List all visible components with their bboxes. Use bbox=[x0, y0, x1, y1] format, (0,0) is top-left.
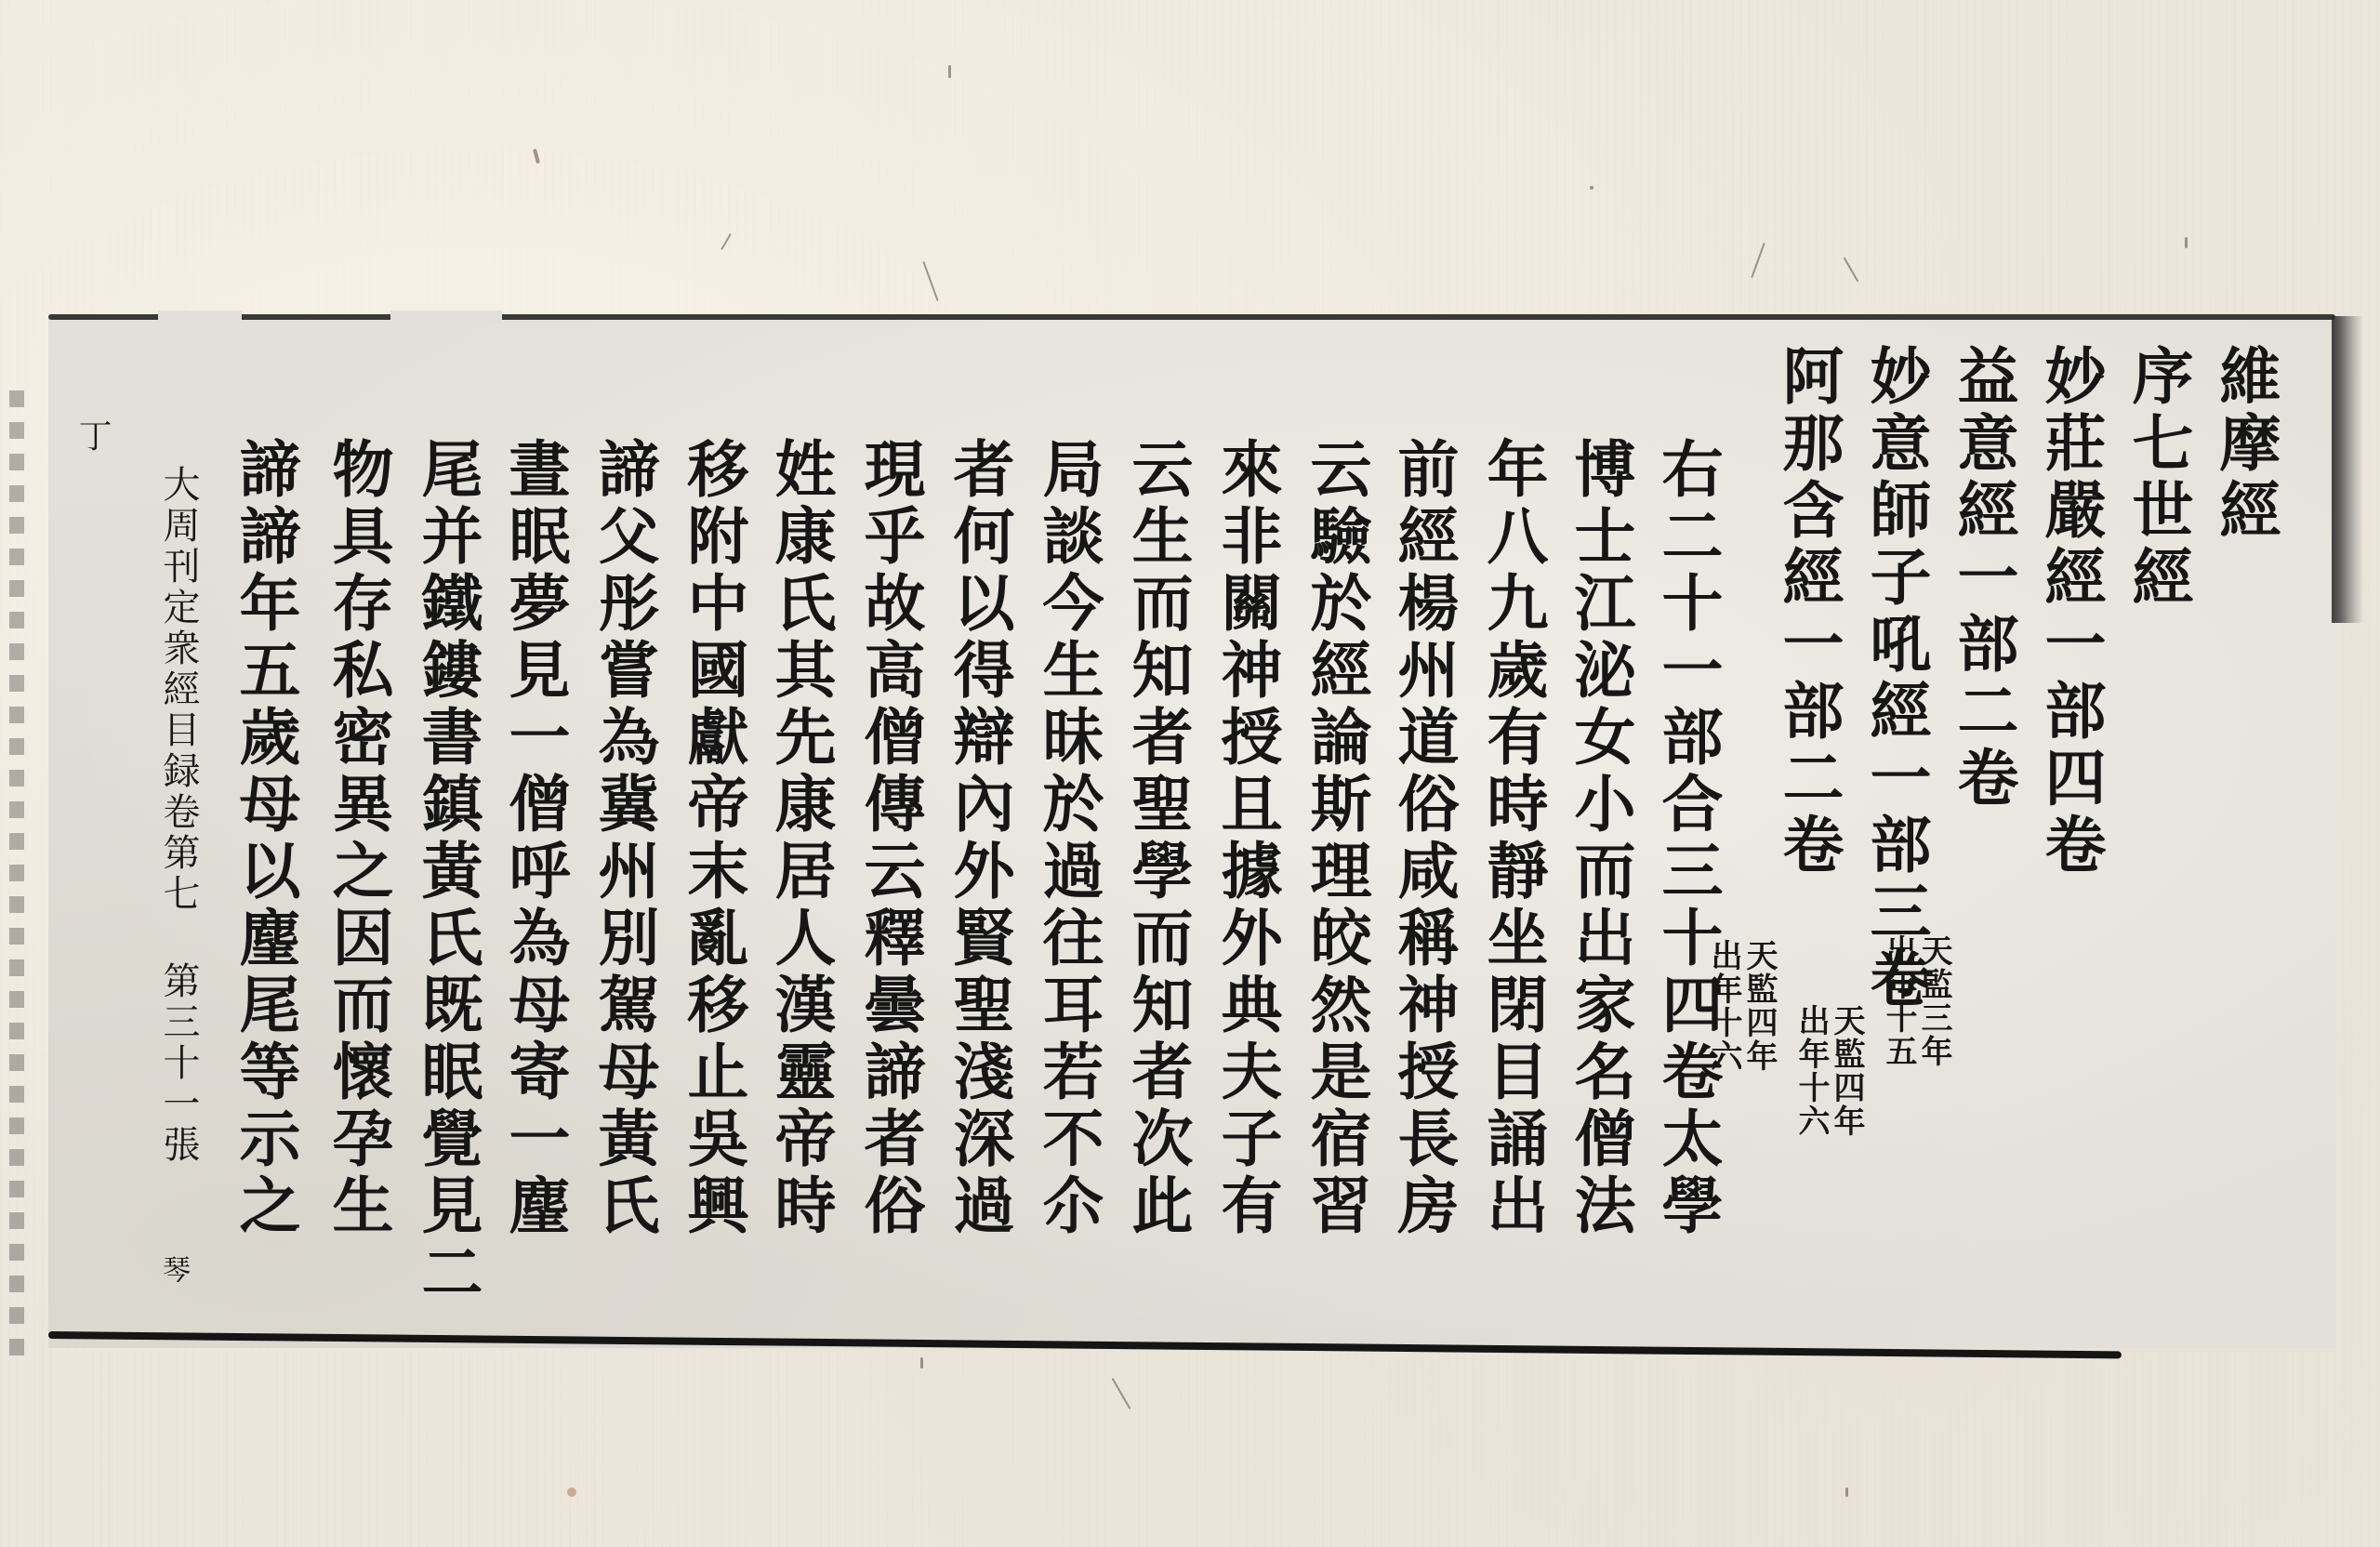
paper-fiber bbox=[1751, 243, 1765, 278]
text-column: 阿那含經一部二卷 bbox=[1765, 344, 1853, 879]
text-column: 物具存私密異之因而懷孕生 bbox=[314, 437, 403, 1240]
paper-fiber bbox=[567, 1487, 576, 1497]
text-column: 妙莊嚴經一部四卷 bbox=[2027, 344, 2115, 879]
frame-right-border bbox=[2332, 316, 2363, 623]
printed-block-area: 維摩經 序七世經 妙莊嚴經一部四卷 益意經一部二卷 天監三年 出年十五 妙意師子… bbox=[48, 316, 2335, 1348]
text-column: 姓康氏其先康居人漢靈帝時 bbox=[757, 437, 845, 1240]
text-column: 現乎故高僧傳云釋曇諦者俗 bbox=[846, 437, 934, 1240]
colophon-mark: 琴 bbox=[152, 1255, 193, 1287]
text-column: 年八九歲有時靜坐閉目誦出 bbox=[1469, 437, 1557, 1240]
paper-fiber bbox=[920, 1357, 923, 1368]
text-column: 博士江泌女小而出家名僧法 bbox=[1556, 437, 1645, 1240]
colophon-column: 大周刊定衆經目録卷第七 第三十一張 bbox=[152, 465, 205, 1166]
text-column: 序七世經 bbox=[2114, 344, 2202, 612]
text-column: 云生而知者聖學而知者次此 bbox=[1114, 437, 1202, 1240]
text-column: 諦諦年五歲母以麈尾等示之 bbox=[221, 437, 310, 1240]
text-column: 局談今生昧於過往耳若不尒 bbox=[1025, 437, 1113, 1240]
paper-fiber bbox=[533, 149, 540, 164]
frame-left-border bbox=[9, 390, 24, 1357]
text-column: 云驗於經論斯理皎然是宿習 bbox=[1292, 437, 1381, 1240]
paper-fiber bbox=[1112, 1378, 1131, 1409]
annotation-column: 出年十六 bbox=[1789, 1004, 1834, 1138]
paper-fiber bbox=[948, 65, 951, 78]
text-column: 諦父彤嘗為冀州別駕母黃氏 bbox=[580, 437, 668, 1240]
paper-fiber bbox=[922, 261, 938, 301]
margin-mark: 丁 bbox=[69, 418, 116, 456]
text-column: 益意經一部二卷 bbox=[1939, 344, 2028, 813]
text-column: 移附中國獻帝末亂移止吳興 bbox=[669, 437, 758, 1240]
text-column: 來非關神授且據外典夫子有 bbox=[1203, 437, 1291, 1240]
text-column: 尾并鐵鏤書鎮黃氏既眠覺見二 bbox=[403, 437, 492, 1307]
paper-fiber bbox=[1844, 258, 1859, 283]
text-column-title: 維摩經 bbox=[2201, 344, 2290, 545]
frame-border-gap bbox=[158, 311, 242, 324]
text-column: 者何以得辯內外賢聖淺深過 bbox=[935, 437, 1024, 1240]
text-column: 妙意師子吼經一部三卷 bbox=[1852, 344, 1940, 1013]
text-column: 晝眠夢見一僧呼為母寄一麈 bbox=[491, 437, 579, 1240]
frame-border-gap bbox=[390, 311, 502, 324]
paper-fiber bbox=[2185, 237, 2188, 248]
text-column: 前經楊州道俗咸稱神授長房 bbox=[1380, 437, 1468, 1240]
text-column: 右二十一部合三十四卷太學 bbox=[1644, 437, 1732, 1240]
paper-fiber bbox=[721, 233, 732, 250]
paper-fiber bbox=[1845, 1487, 1848, 1497]
paper-fiber bbox=[1590, 186, 1593, 190]
